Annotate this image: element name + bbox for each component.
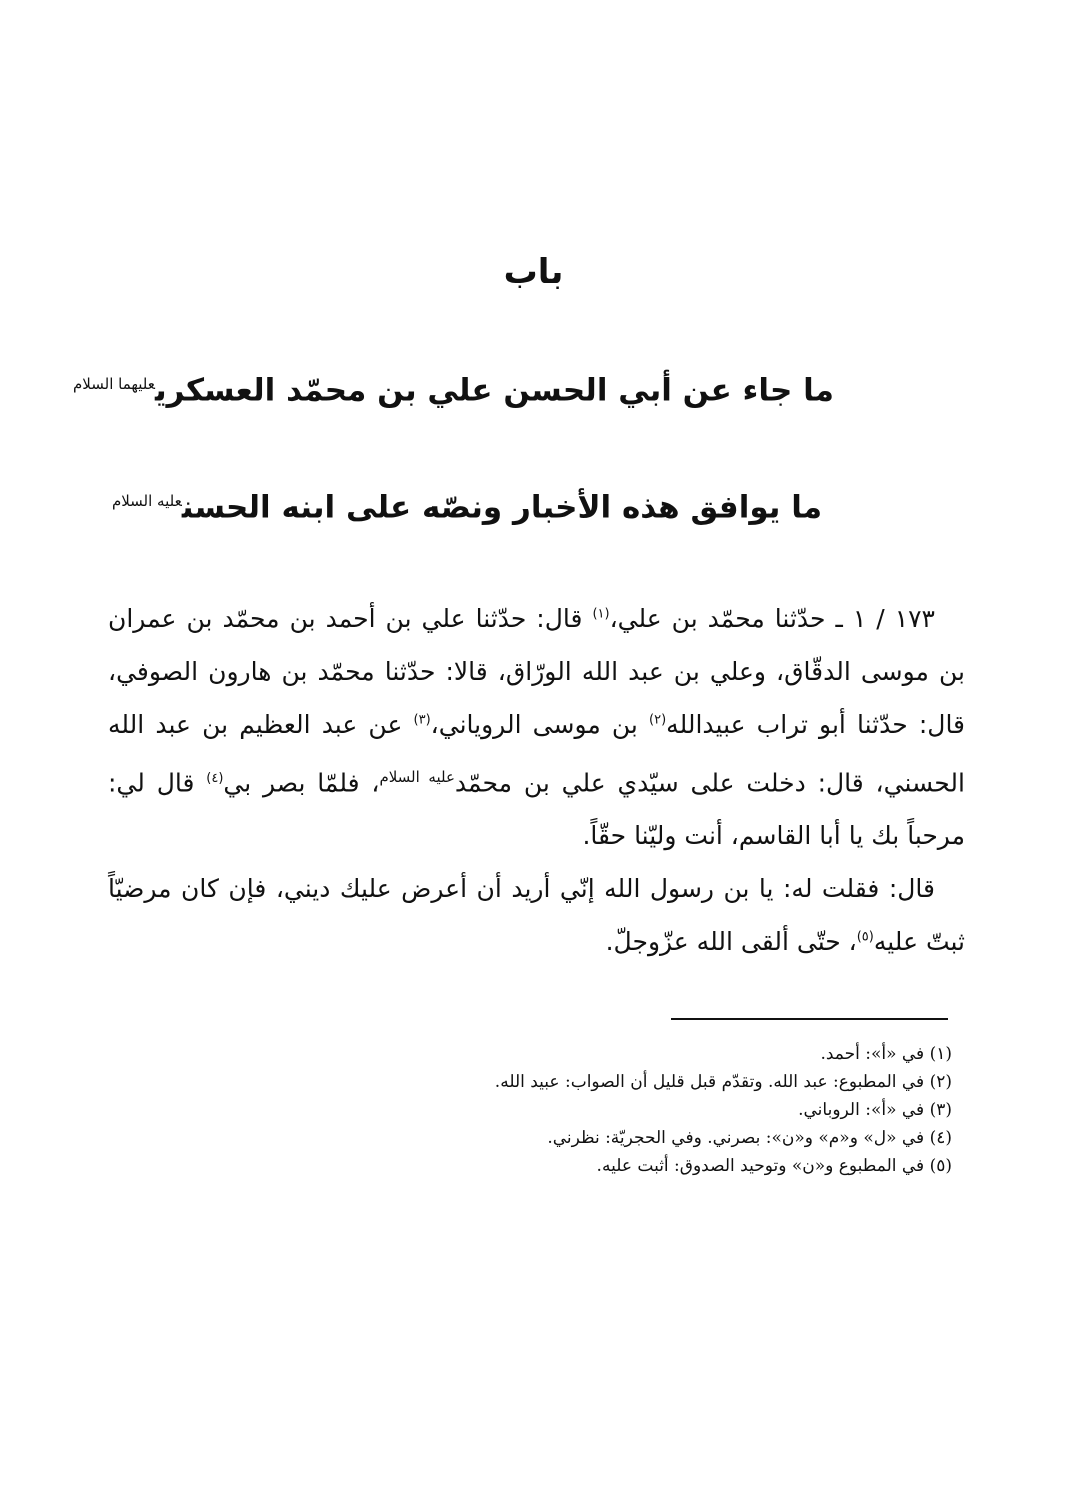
- footnote-ref-4[interactable]: (٤): [206, 771, 223, 786]
- text-segment: ، حتّى ألقى الله عزّوجلّ.: [606, 927, 857, 956]
- section-heading-1-text: ما جاء عن أبي الحسن علي بن محمّد العسكري: [155, 372, 834, 408]
- footnote-ref-5[interactable]: (٥): [857, 930, 874, 945]
- footnotes: (١) في «أ»: أحمد. (٢) في المطبوع: عبد ال…: [252, 1040, 952, 1180]
- text-segment: ، فلمّا بصر بي: [223, 768, 379, 797]
- footnote-ref-2[interactable]: (٢): [649, 713, 666, 728]
- body-text: ١٧٣ / ١ ـ حدّثنا محمّد بن علي،(١) قال: ح…: [108, 592, 965, 968]
- text-segment: بن موسى الروياني،: [431, 710, 649, 739]
- footnote-2: (٢) في المطبوع: عبد الله. وتقدّم قبل قلي…: [252, 1068, 952, 1096]
- section-heading-1: ما جاء عن أبي الحسن علي بن محمّد العسكري…: [100, 361, 834, 413]
- footnote-ref-3[interactable]: (٣): [414, 713, 431, 728]
- footnote-divider: [671, 1018, 948, 1020]
- text-segment: ـ حدّثنا محمّد بن علي،: [610, 604, 853, 633]
- chapter-label: باب: [0, 248, 1067, 296]
- footnote-ref-1[interactable]: (١): [592, 607, 609, 622]
- document-page: باب ما جاء عن أبي الحسن علي بن محمّد الع…: [0, 0, 1067, 1496]
- footnote-3: (٣) في «أ»: الروباني.: [252, 1096, 952, 1124]
- honorific-glyph-icon: عليه السلام: [379, 768, 454, 786]
- footnote-1: (١) في «أ»: أحمد.: [252, 1040, 952, 1068]
- honorific-glyph-icon: عليهما السلام: [73, 375, 155, 393]
- honorific-glyph-icon: عليه السلام: [112, 492, 182, 510]
- footnote-4: (٤) في «ل» و«م» و«ن»: بصرني. وفي الحجريّ…: [252, 1124, 952, 1152]
- hadith-number: ١٧٣ / ١: [853, 604, 935, 633]
- section-heading-2-text: ما يوافق هذه الأخبار ونصّه على ابنه الحس…: [182, 489, 822, 525]
- hadith-paragraph-2: قال: فقلت له: يا بن رسول الله إنّي أريد …: [108, 862, 965, 968]
- hadith-paragraph-1: ١٧٣ / ١ ـ حدّثنا محمّد بن علي،(١) قال: ح…: [108, 592, 965, 862]
- section-heading-2: ما يوافق هذه الأخبار ونصّه على ابنه الحس…: [100, 478, 834, 530]
- footnote-5: (٥) في المطبوع و«ن» وتوحيد الصدوق: أثبت …: [252, 1152, 952, 1180]
